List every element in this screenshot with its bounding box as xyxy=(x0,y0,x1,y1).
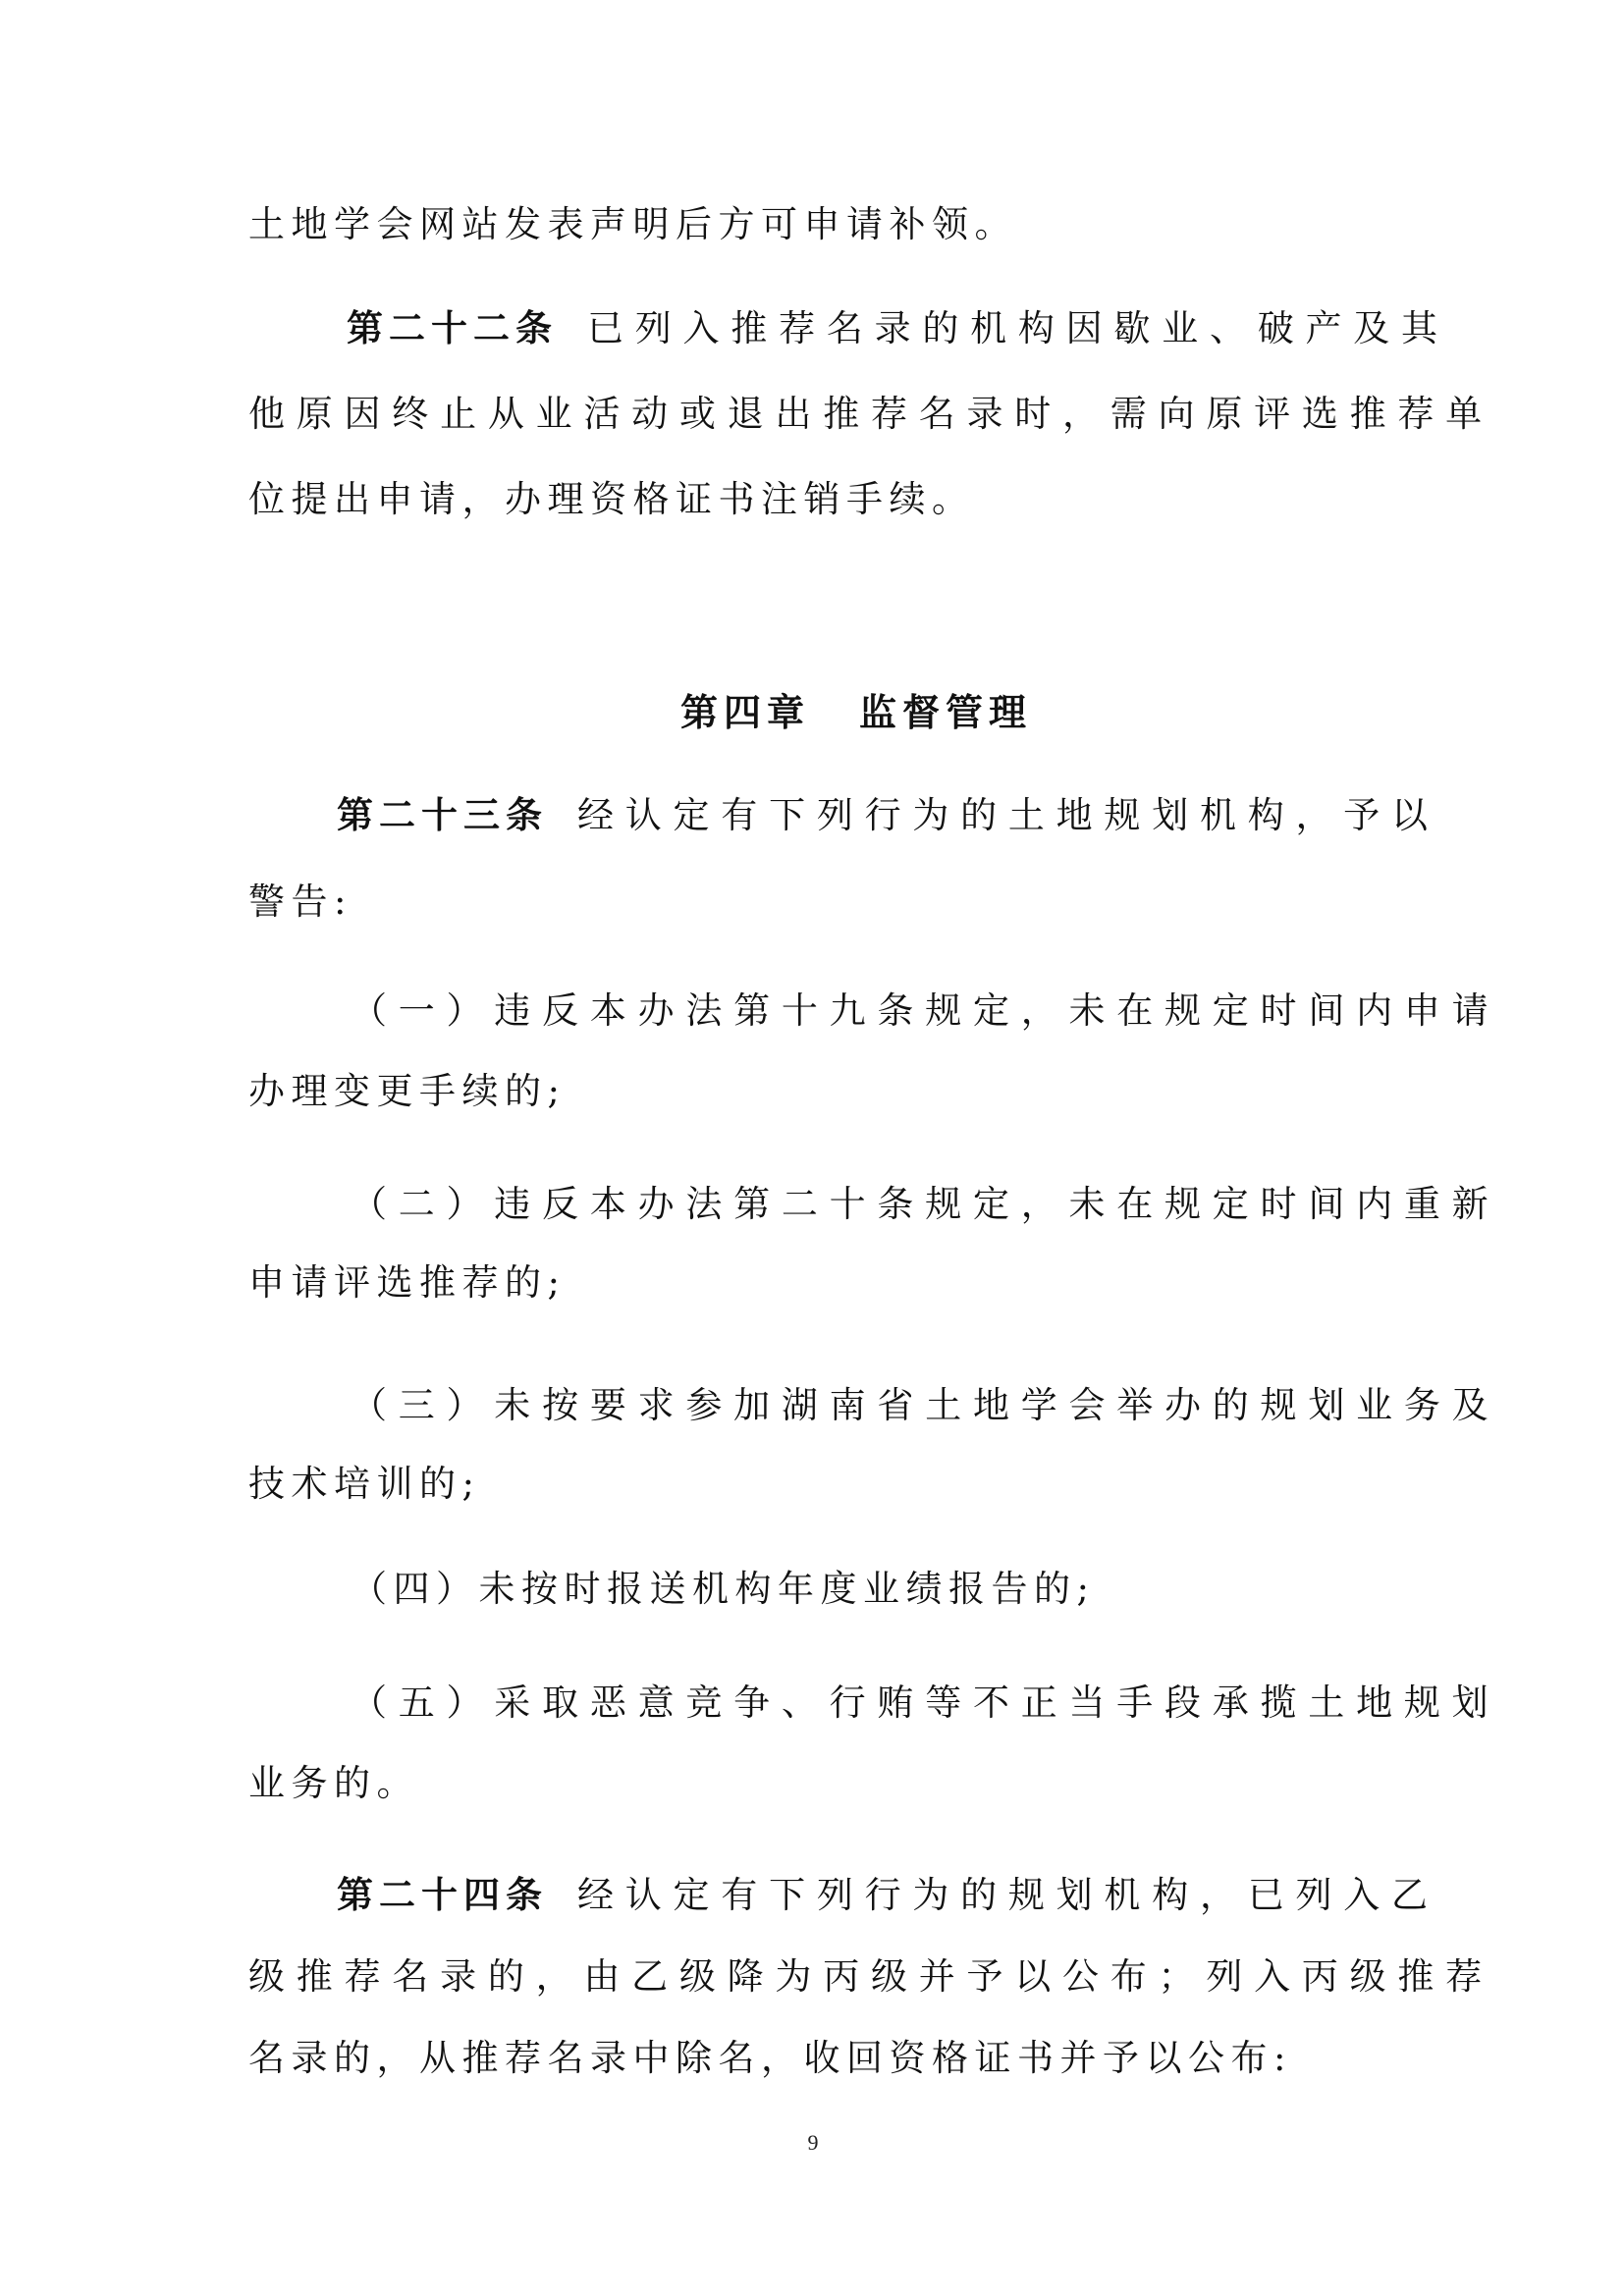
article-23-text: 经 认 定 有 下 列 行 为 的 土 地 规 划 机 构 ， 予 以 xyxy=(577,794,1428,836)
list-item-2-line: （ 二 ） 违 反 本 办 法 第 二 十 条 规 定 ， 未 在 规 定 时 … xyxy=(248,1183,1378,1226)
article-23-heading: 第二十三条 xyxy=(337,793,548,836)
article-24-line: 名录的，从推荐名录中除名，收回资格证书并予以公布: xyxy=(248,2037,1378,2080)
chapter-heading: 第四章监督管理 xyxy=(680,690,1032,735)
article-24-text: 经 认 定 有 下 列 行 为 的 规 划 机 构 ， 已 列 入 乙 xyxy=(577,1874,1428,1916)
chapter-title: 监督管理 xyxy=(859,690,1032,734)
page-number: 9 xyxy=(805,2130,821,2156)
document-page: 土地学会网站发表声明后方可申请补领。 第二十二条已 列 入 推 荐 名 录 的 … xyxy=(0,0,1624,2296)
list-item-2-line: 申请评选推荐的; xyxy=(248,1261,1378,1305)
chapter-number: 第四章 xyxy=(680,690,810,734)
list-item-5-line: 业务的。 xyxy=(248,1762,1378,1805)
article-22-first-line: 第二十二条已 列 入 推 荐 名 录 的 机 构 因 歇 业 、 破 产 及 其 xyxy=(248,306,1378,349)
list-item-5-line: （ 五 ） 采 取 恶 意 竞 争 、 行 贿 等 不 正 当 手 段 承 揽 … xyxy=(248,1682,1378,1725)
list-item-1-line: 办理变更手续的; xyxy=(248,1070,1378,1113)
article-24-heading: 第二十四条 xyxy=(337,1873,548,1916)
article-22-line: 他 原 因 终 止 从 业 活 动 或 退 出 推 荐 名 录 时 ， 需 向 … xyxy=(248,393,1378,436)
list-item-3-line: （ 三 ） 未 按 要 求 参 加 湖 南 省 土 地 学 会 举 办 的 规 … xyxy=(248,1384,1378,1427)
list-item-1-line: （ 一 ） 违 反 本 办 法 第 十 九 条 规 定 ， 未 在 规 定 时 … xyxy=(248,989,1378,1033)
article-22-line: 位提出申请，办理资格证书注销手续。 xyxy=(248,478,1378,521)
article-23-line: 警告: xyxy=(248,881,1378,924)
list-item-4-line: （四）未按时报送机构年度业绩报告的; xyxy=(248,1568,1378,1611)
article-22-heading: 第二十二条 xyxy=(347,306,558,349)
article-23-first-line: 第二十三条经 认 定 有 下 列 行 为 的 土 地 规 划 机 构 ， 予 以 xyxy=(248,793,1378,836)
article-24-first-line: 第二十四条经 认 定 有 下 列 行 为 的 规 划 机 构 ， 已 列 入 乙 xyxy=(248,1873,1378,1916)
list-item-3-line: 技术培训的; xyxy=(248,1463,1378,1506)
article-24-line: 级 推 荐 名 录 的 ， 由 乙 级 降 为 丙 级 并 予 以 公 布 ； … xyxy=(248,1955,1378,1999)
article-22-text: 已 列 入 推 荐 名 录 的 机 构 因 歇 业 、 破 产 及 其 xyxy=(587,307,1437,349)
paragraph-line: 土地学会网站发表声明后方可申请补领。 xyxy=(248,203,1378,246)
